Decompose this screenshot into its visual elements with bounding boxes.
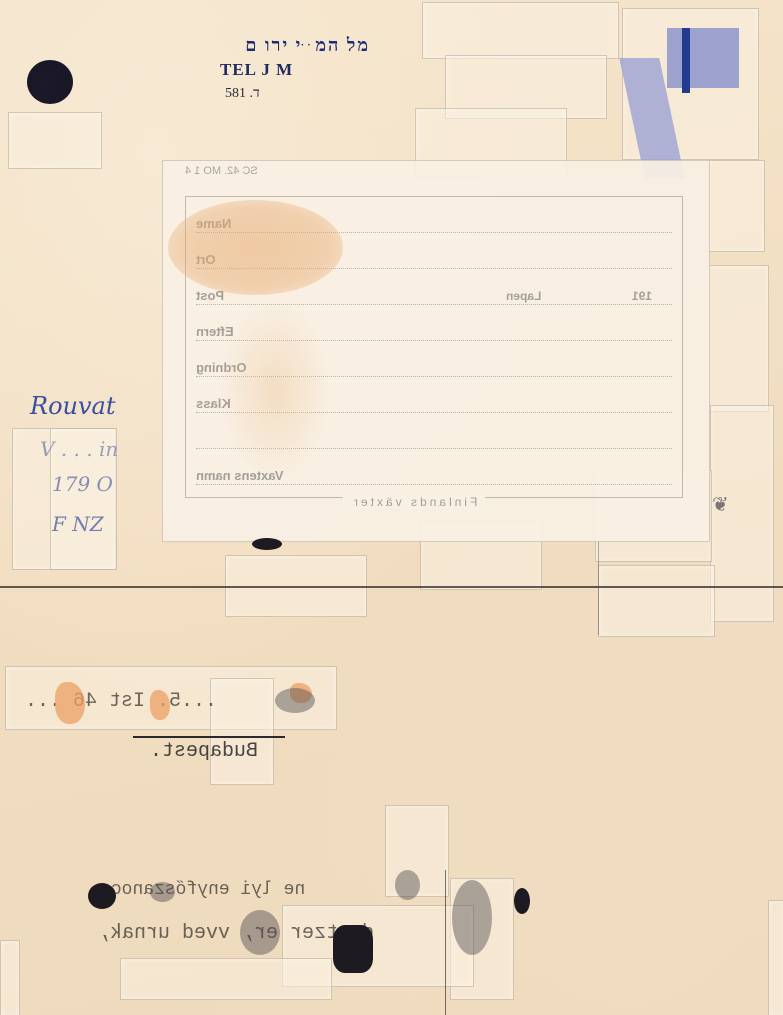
orange-stain xyxy=(55,682,85,724)
punch-hole xyxy=(27,60,73,104)
tape-edge xyxy=(445,870,446,1015)
handwriting-line: Rouvat xyxy=(30,392,116,420)
card-footer: Finlands växter xyxy=(343,495,485,509)
letterhead-hebrew-line: מל המ ּ ּי ירו ם xyxy=(245,35,370,56)
card-field-label: Eftern xyxy=(196,324,234,339)
fold-line xyxy=(0,586,783,588)
typed-address-line-1: ne lyi enyfőszanoco xyxy=(100,880,305,900)
typed-city: Budapest. xyxy=(150,740,258,763)
grey-smudge xyxy=(452,880,492,955)
tape-patch xyxy=(598,565,715,637)
tape-patch xyxy=(210,678,274,785)
document-page: מל המ ּ ּי ירו ם TEL J M 581 .ד Rouvat V… xyxy=(0,0,783,1015)
water-stain xyxy=(220,300,330,480)
stamp-fragment xyxy=(667,28,739,88)
orange-stain xyxy=(150,690,170,720)
tape-patch xyxy=(8,112,102,169)
torn-postage-stamp xyxy=(632,28,740,148)
card-field-mid: Lapen xyxy=(506,289,541,303)
tape-patch xyxy=(0,940,20,1015)
ink-blot xyxy=(514,888,530,914)
card-code: SC 42. MO 1 4 xyxy=(185,165,258,177)
grey-smudge xyxy=(240,910,280,955)
letterhead-tel-line: TEL J M xyxy=(220,60,293,80)
tape-patch xyxy=(422,2,619,59)
grey-smudge xyxy=(150,882,175,902)
tape-edge xyxy=(598,540,599,635)
letterhead-number-line: 581 .ד xyxy=(225,86,260,102)
handwriting-line: V . . . in xyxy=(40,437,118,461)
water-stain xyxy=(168,200,343,295)
handwriting-line: 179 O xyxy=(52,472,113,496)
stamp-bar xyxy=(682,28,690,93)
tape-patch xyxy=(705,265,769,412)
ink-blot xyxy=(88,883,116,909)
ink-blot xyxy=(333,925,373,973)
tape-patch xyxy=(768,900,783,1015)
handwriting-line: F NZ xyxy=(52,512,104,536)
grey-smudge xyxy=(275,688,315,713)
tape-patch xyxy=(120,958,332,1000)
typed-date-line: ...5. Ist 46 ... xyxy=(25,690,217,713)
tape-patch xyxy=(708,160,765,252)
card-field-right: 191 xyxy=(632,289,652,303)
dotted-line xyxy=(196,484,672,485)
ink-blot xyxy=(252,538,282,550)
typed-underline xyxy=(133,736,285,738)
grey-smudge xyxy=(395,870,420,900)
side-stamp-mark: ❦ xyxy=(712,492,729,517)
